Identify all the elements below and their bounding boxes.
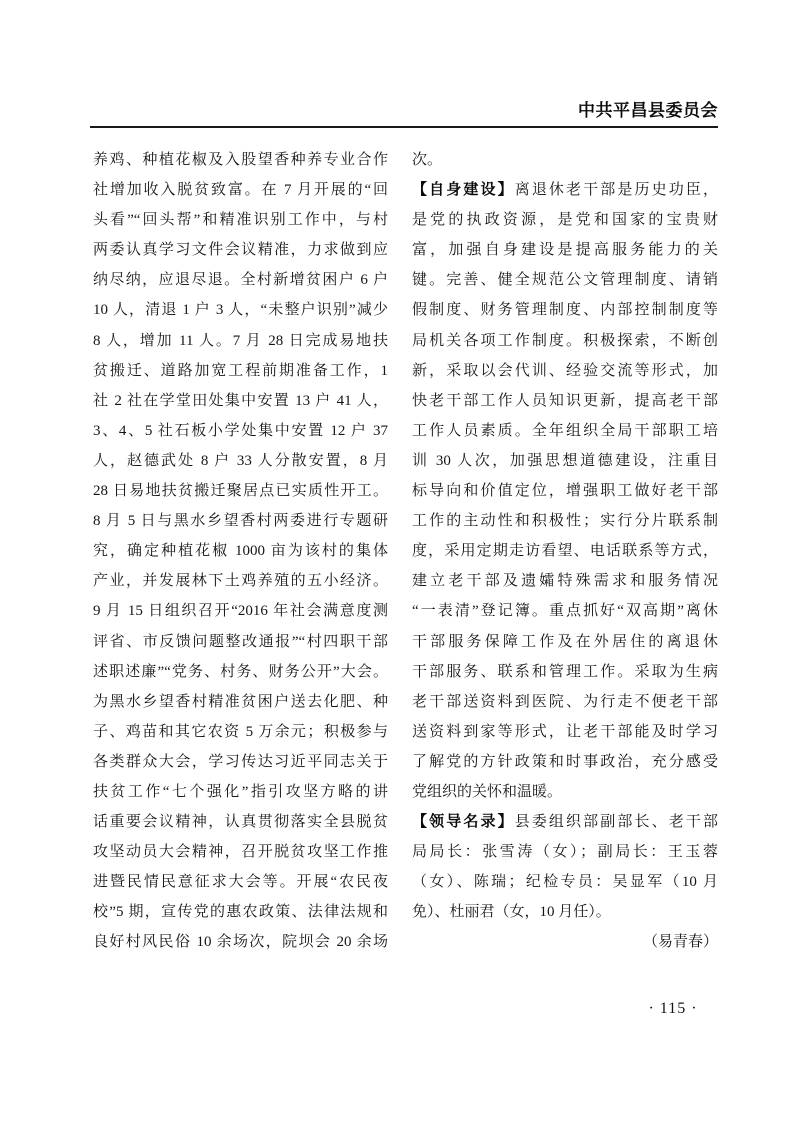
- text-line: 28 日易地扶贫搬迁聚居点已实质性开工。: [93, 476, 388, 506]
- text-line: 3、4、5 社石板小学处集中安置 12 户 37: [93, 416, 388, 446]
- text-line: “一表清”登记簿。重点抓好“双高期”离休: [412, 596, 718, 626]
- text-line: 纳尽纳，应退尽退。全村新增贫困户 6 户: [93, 265, 388, 295]
- text-line: 次。: [412, 145, 718, 175]
- text-line: 工作人员素质。全年组织全局干部职工培: [412, 416, 718, 446]
- text-line: 产业，并发展林下土鸡养殖的五小经济。: [93, 566, 388, 596]
- text-line: 贫搬迁、道路加宽工程前期准备工作，1: [93, 356, 388, 386]
- text-line: 子、鸡苗和其它农资 5 万余元；积极参与: [93, 717, 388, 747]
- text-line: 度，采用定期走访看望、电话联系等方式，: [412, 536, 718, 566]
- document-page: 中共平昌县委员会 养鸡、种植花椒及入股望香种养专业合作社增加收入脱贫致富。在 7…: [0, 0, 793, 1122]
- text-line: 10 人，清退 1 户 3 人，“未整户识别”减少: [93, 295, 388, 325]
- page-number: · 115 ·: [618, 1000, 728, 1018]
- entry-heading: 【自身建设】: [412, 181, 515, 198]
- text-line: 话重要会议精神，认真贯彻落实全县脱贫: [93, 807, 388, 837]
- text-line: （女）、陈瑞；纪检专员：吴显军（10 月: [412, 867, 718, 897]
- header-rule: [90, 126, 718, 128]
- right-column: 次。【自身建设】离退休老干部是历史功臣，是党的执政资源，是党和国家的宝贵财富，加…: [412, 145, 718, 958]
- text-line: 干部服务保障工作及在外居住的离退休: [412, 627, 718, 657]
- text-line: 干部服务、联系和管理工作。采取为生病: [412, 657, 718, 687]
- text-line: 评省、市反馈问题整改通报”“村四职干部: [93, 627, 388, 657]
- text-line: 是党的执政资源，是党和国家的宝贵财: [412, 205, 718, 235]
- text-line: 快老干部工作人员知识更新，提高老干部: [412, 386, 718, 416]
- page-header: 中共平昌县委员会: [90, 100, 718, 128]
- text-line: 党组织的关怀和温暖。: [412, 777, 718, 807]
- text-line: 养鸡、种植花椒及入股望香种养专业合作: [93, 145, 388, 175]
- text-line: 9 月 15 日组织召开“2016 年社会满意度测: [93, 596, 388, 626]
- text-line: 免）、杜丽君（女，10 月任）。: [412, 897, 718, 927]
- text-line: 了解党的方针政策和时事政治，充分感受: [412, 747, 718, 777]
- text-line: 头看”“回头帮”和精准识别工作中，与村: [93, 205, 388, 235]
- text-line: 富，加强自身建设是提高服务能力的关: [412, 235, 718, 265]
- text-line: 工作的主动性和积极性；实行分片联系制: [412, 506, 718, 536]
- text-line: 两委认真学习文件会议精准，力求做到应: [93, 235, 388, 265]
- text-line: 训 30 人次，加强思想道德建设，注重目: [412, 446, 718, 476]
- text-line: 究，确定种植花椒 1000 亩为该村的集体: [93, 536, 388, 566]
- text-line: 老干部送资料到医院、为行走不便老干部: [412, 687, 718, 717]
- text-line: 进暨民情民意征求大会等。开展“农民夜: [93, 867, 388, 897]
- text-line: 标导向和价值定位，增强职工做好老干部: [412, 476, 718, 506]
- left-column: 养鸡、种植花椒及入股望香种养专业合作社增加收入脱贫致富。在 7 月开展的“回头看…: [93, 145, 388, 958]
- header-title: 中共平昌县委员会: [90, 100, 718, 122]
- text-line: 校”5 期，宣传党的惠农政策、法律法规和: [93, 897, 388, 927]
- text-line: 述职述廉”“党务、村务、财务公开”大会。: [93, 657, 388, 687]
- text-line: 各类群众大会，学习传达习近平同志关于: [93, 747, 388, 777]
- text-line: 建立老干部及遗孀特殊需求和服务情况: [412, 566, 718, 596]
- text-line: 【自身建设】离退休老干部是历史功臣，: [412, 175, 718, 205]
- text-line: 扶贫工作“七个强化”指引攻坚方略的讲: [93, 777, 388, 807]
- text-line: 8 人，增加 11 人。7 月 28 日完成易地扶: [93, 326, 388, 356]
- text-line: 送资料到家等形式，让老干部能及时学习: [412, 717, 718, 747]
- text-line: （易青春）: [412, 927, 718, 957]
- text-line: 8 月 5 日与黑水乡望香村两委进行专题研: [93, 506, 388, 536]
- text-line: 【领导名录】县委组织部副部长、老干部: [412, 807, 718, 837]
- text-line: 社 2 社在学堂田处集中安置 13 户 41 人，: [93, 386, 388, 416]
- text-line: 人，赵德武处 8 户 33 人分散安置，8 月: [93, 446, 388, 476]
- text-line: 假制度、财务管理制度、内部控制制度等: [412, 295, 718, 325]
- text-line: 良好村风民俗 10 余场次，院坝会 20 余场: [93, 927, 388, 957]
- text-line: 社增加收入脱贫致富。在 7 月开展的“回: [93, 175, 388, 205]
- text-line: 攻坚动员大会精神，召开脱贫攻坚工作推: [93, 837, 388, 867]
- entry-heading: 【领导名录】: [412, 813, 515, 830]
- text-line: 为黑水乡望香村精准贫困户送去化肥、种: [93, 687, 388, 717]
- text-line: 键。完善、健全规范公文管理制度、请销: [412, 265, 718, 295]
- text-line: 局局长：张雪涛（女）；副局长：王玉蓉: [412, 837, 718, 867]
- text-line: 新，采取以会代训、经验交流等形式，加: [412, 356, 718, 386]
- text-line: 局机关各项工作制度。积极探索，不断创: [412, 326, 718, 356]
